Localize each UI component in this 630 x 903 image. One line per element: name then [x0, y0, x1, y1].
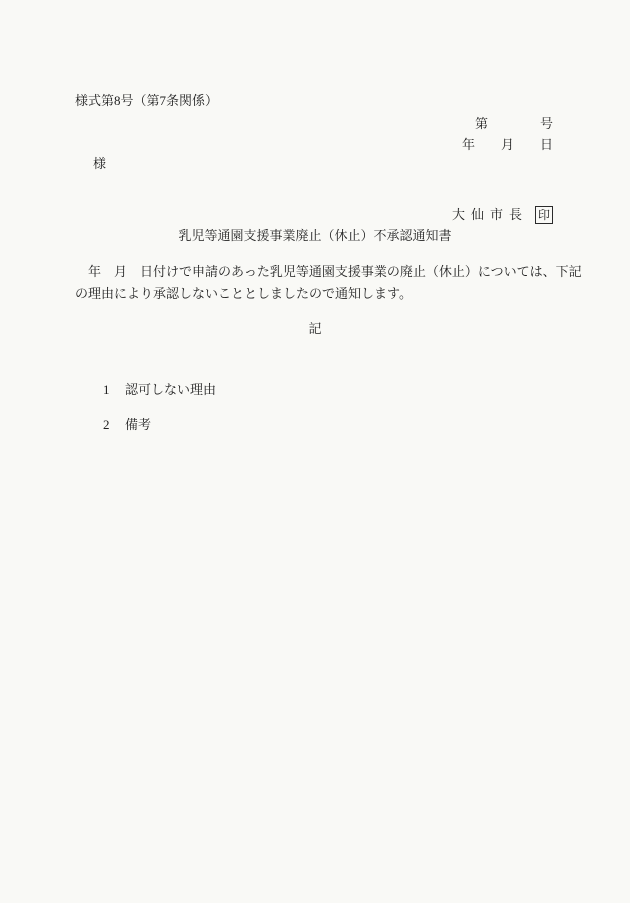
body-paragraph-line-2: の理由により承認しないこととしましたので通知します。 [75, 285, 412, 302]
addressee-line: 様 [93, 155, 106, 172]
form-number: 様式第8号（第7条関係） [75, 92, 218, 109]
date-line: 年 月 日 [462, 136, 553, 153]
list-item-1-number: 1 [103, 381, 111, 398]
document-title: 乳児等通園支援事業廃止（休止）不承認通知書 [0, 227, 630, 244]
body-paragraph-line-1: 年 月 日付けで申請のあった乳児等通園支援事業の廃止（休止）については、下記 [75, 263, 582, 280]
list-item-2-number: 2 [103, 416, 111, 433]
seal-mark: 印 [535, 206, 553, 224]
list-item-2-label: 備考 [125, 417, 151, 432]
document-page: 様式第8号（第7条関係） 第 号 年 月 日 様 大仙市長印 乳児等通園支援事業… [0, 0, 630, 903]
list-item-1-label: 認可しない理由 [125, 382, 216, 397]
document-number-line: 第 号 [475, 115, 553, 132]
record-marker: 記 [0, 320, 630, 337]
list-item-2: 2備考 [90, 399, 151, 450]
issuer-name: 大仙市長 [452, 207, 528, 222]
